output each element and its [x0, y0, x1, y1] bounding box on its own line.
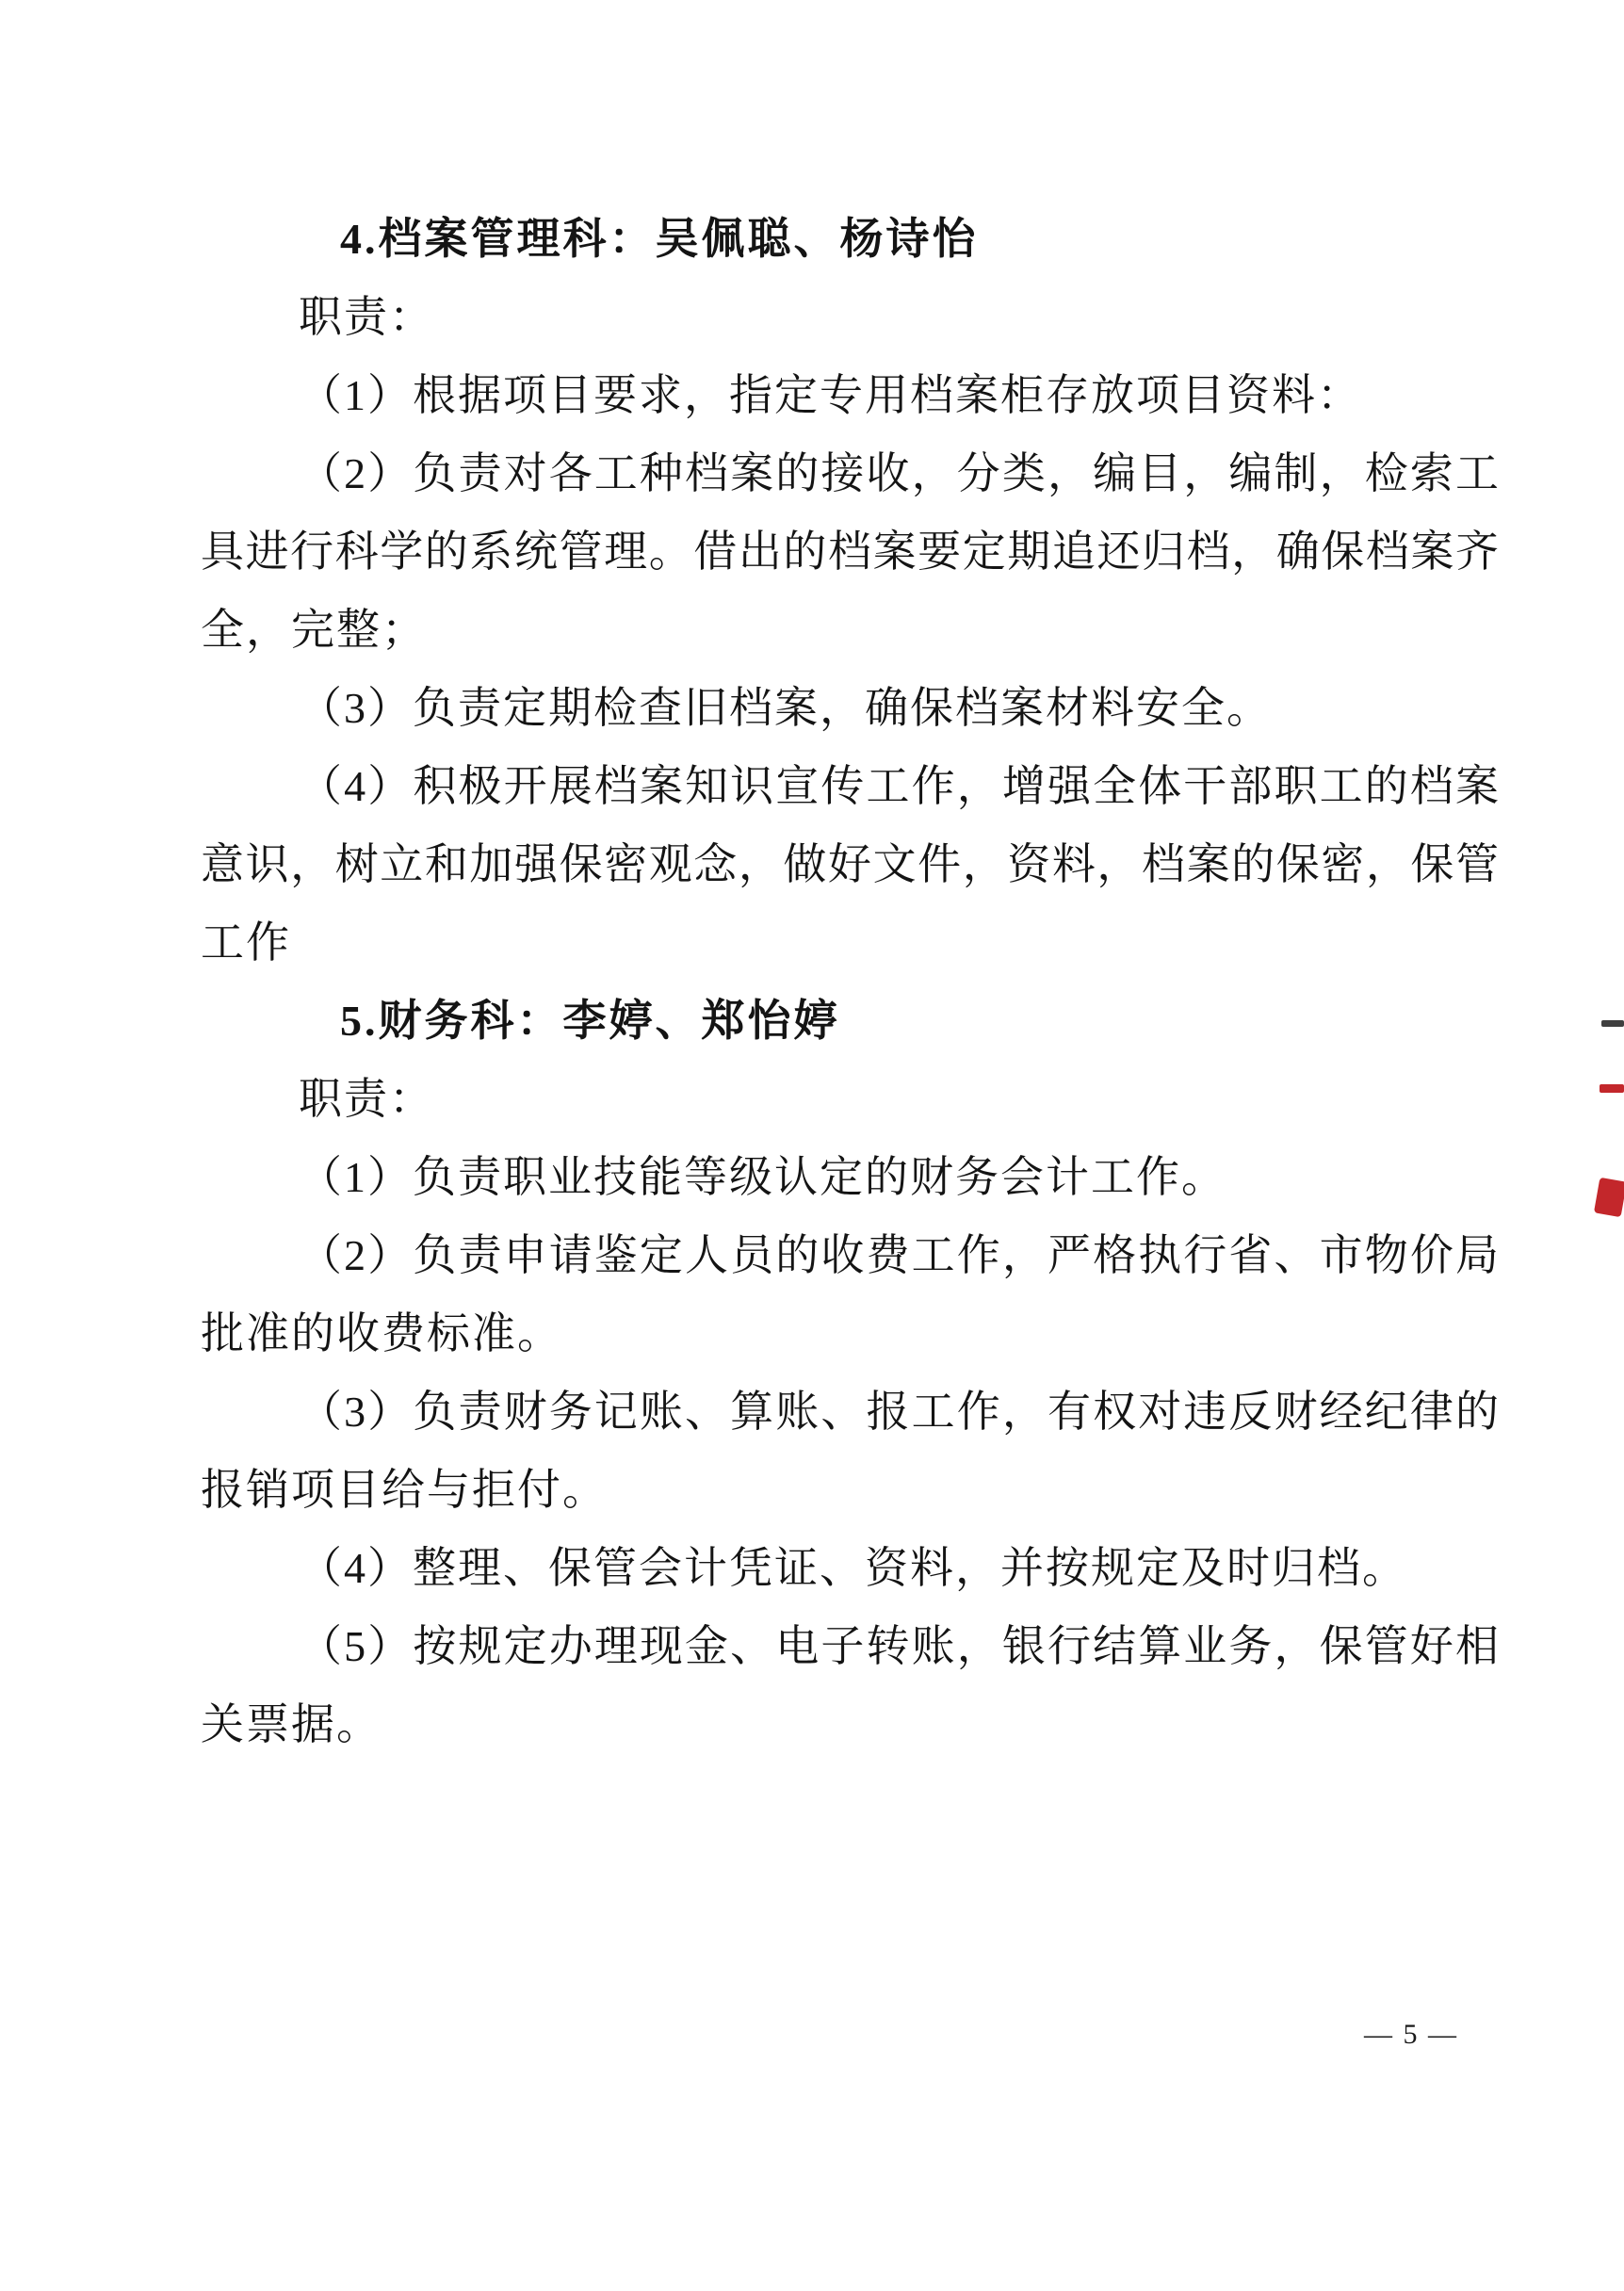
section-4-item-2-line3: 全，完整；	[201, 591, 1499, 669]
section-5-heading: 5.财务科：李婷、郑怡婷	[201, 982, 1499, 1060]
scan-edge-mark-dark	[1601, 1020, 1624, 1027]
section-5-item-3-line2: 报销项目给与拒付。	[201, 1451, 1499, 1529]
section-4-item-3: （3）负责定期检查旧档案，确保档案材料安全。	[201, 669, 1499, 747]
document-page: 4.档案管理科：吴佩聪、杨诗怡 职责： （1）根据项目要求，指定专用档案柜存放项…	[0, 0, 1624, 2291]
section-5-item-5-line2: 关票据。	[201, 1685, 1499, 1763]
scan-edge-mark-red-1	[1600, 1084, 1624, 1093]
section-5-duty-label: 职责：	[201, 1060, 1499, 1138]
section-4-item-4-line2: 意识，树立和加强保密观念，做好文件，资料，档案的保密，保管	[201, 825, 1499, 903]
section-5-item-3-line1: （3）负责财务记账、算账、报工作，有权对违反财经纪律的	[201, 1373, 1499, 1451]
section-4-heading: 4.档案管理科：吴佩聪、杨诗怡	[201, 200, 1499, 278]
section-4-item-2-line2: 具进行科学的系统管理。借出的档案要定期追还归档，确保档案齐	[201, 512, 1499, 591]
page-number: — 5 —	[1364, 2018, 1458, 2052]
section-4-item-2-line1: （2）负责对各工种档案的接收，分类，编目，编制，检索工	[201, 434, 1499, 512]
section-4-duty-label: 职责：	[201, 278, 1499, 356]
section-4-item-4-line1: （4）积极开展档案知识宣传工作，增强全体干部职工的档案	[201, 747, 1499, 825]
section-5-item-1: （1）负责职业技能等级认定的财务会计工作。	[201, 1138, 1499, 1216]
section-5-item-5-line1: （5）按规定办理现金、电子转账，银行结算业务，保管好相	[201, 1607, 1499, 1685]
scan-edge-mark-red-2	[1594, 1178, 1624, 1217]
section-5-item-4: （4）整理、保管会计凭证、资料，并按规定及时归档。	[201, 1529, 1499, 1607]
section-4-item-1: （1）根据项目要求，指定专用档案柜存放项目资料：	[201, 356, 1499, 434]
section-4-item-4-line3: 工作	[201, 903, 1499, 982]
section-5-item-2-line2: 批准的收费标准。	[201, 1294, 1499, 1373]
section-5-item-2-line1: （2）负责申请鉴定人员的收费工作，严格执行省、市物价局	[201, 1216, 1499, 1294]
document-body: 4.档案管理科：吴佩聪、杨诗怡 职责： （1）根据项目要求，指定专用档案柜存放项…	[201, 200, 1499, 1763]
